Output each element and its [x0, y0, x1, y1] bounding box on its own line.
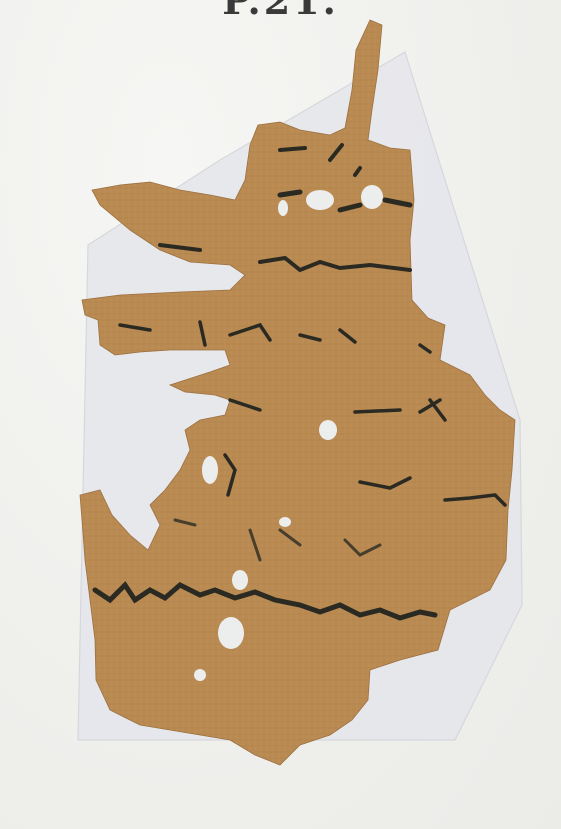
mount-card: P.21. [0, 0, 561, 829]
papyrus-photo [0, 0, 561, 829]
